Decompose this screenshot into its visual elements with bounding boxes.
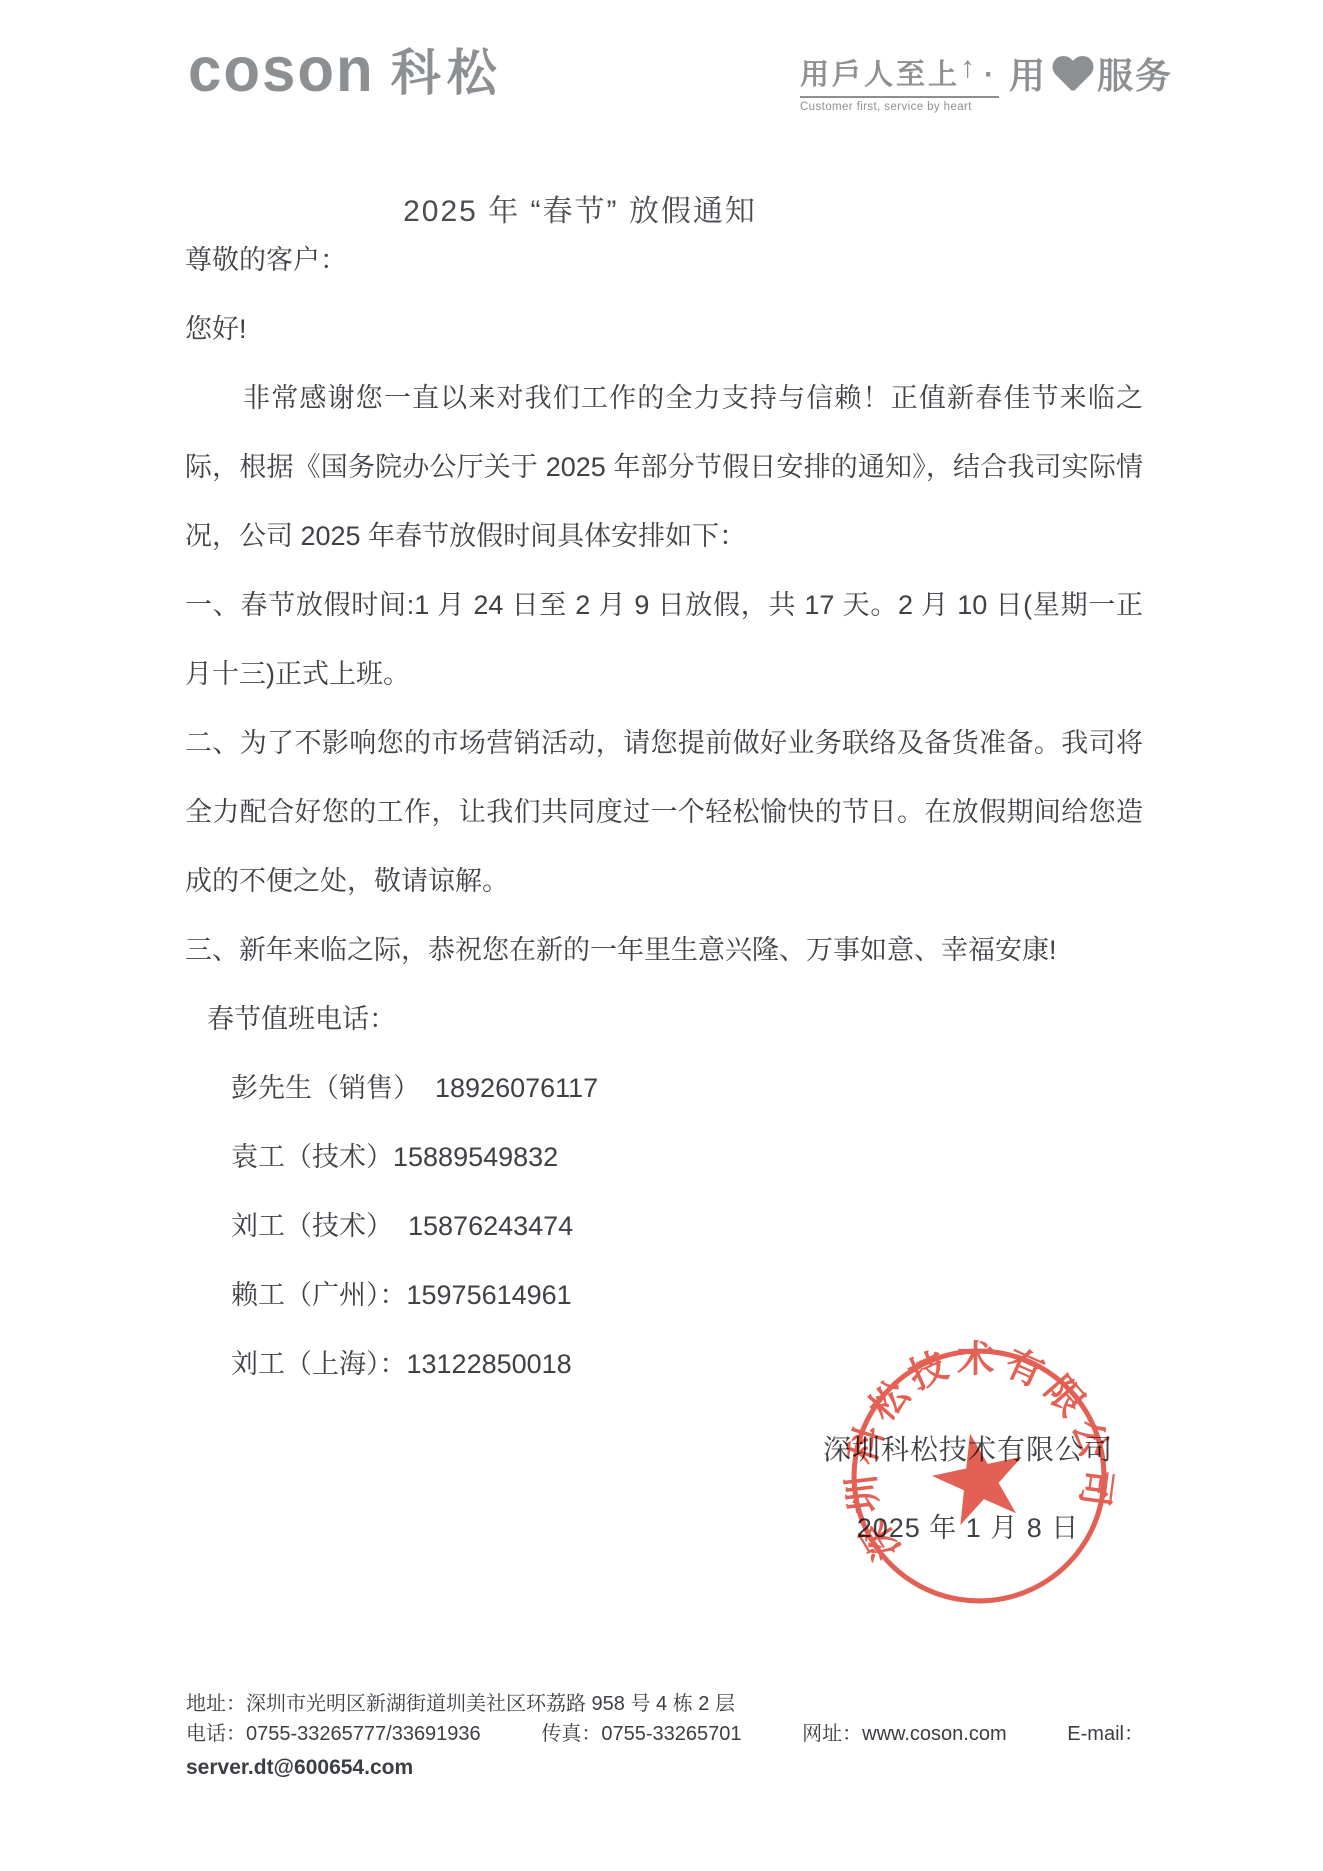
slogan-customer-first-text: 用戶人至上: [800, 59, 960, 91]
footer-email-label: E-mail：: [1067, 1720, 1144, 1748]
document-header: coson 科松 用戶人至上↑· Customer first, service…: [188, 40, 1173, 113]
footer-phone: 电话：0755-33265777/33691936: [186, 1720, 481, 1748]
duty-contact-list: 彭先生（销售） 18926076117 袁工（技术）15889549832 刘工…: [185, 1054, 1143, 1399]
slogan-heart-service: 用服务: [1009, 48, 1173, 99]
greeting: 您好!: [185, 295, 1143, 364]
contact-liu-shanghai: 刘工（上海）：13122850018: [231, 1330, 1143, 1399]
contact-lai-guangzhou: 赖工（广州）：15975614961: [231, 1261, 1143, 1330]
signature-date: 2025 年 1 月 8 日: [778, 1506, 1158, 1545]
paragraph-item-3: 三、新年来临之际，恭祝您在新的一年里生意兴隆、万事如意、幸福安康!: [185, 916, 1143, 985]
paragraph-intro: 非常感谢您一直以来对我们工作的全力支持与信赖！正值新春佳节来临之际，根据《国务院…: [185, 364, 1143, 571]
signature-company: 深圳科松技术有限公司: [778, 1428, 1158, 1468]
slogan-left-block: 用戶人至上↑· Customer first, service by heart: [800, 46, 999, 113]
document-footer: 地址：深圳市光明区新湖街道圳美社区环荔路 958 号 4 栋 2 层 电话：07…: [186, 1690, 1144, 1782]
footer-website: 网址：www.coson.com: [802, 1720, 1007, 1748]
heart-icon: [1051, 55, 1093, 93]
paragraph-item-2: 二、为了不影响您的市场营销活动，请您提前做好业务联络及备货准备。我司将全力配合好…: [185, 709, 1143, 916]
contact-liu-tech: 刘工（技术） 15876243474: [231, 1192, 1143, 1261]
contact-yuan: 袁工（技术）15889549832: [231, 1123, 1143, 1192]
slogan-english-tagline: Customer first, service by heart: [800, 101, 999, 113]
salutation: 尊敬的客户：: [185, 226, 1143, 295]
paragraph-item-1: 一、春节放假时间:1 月 24 日至 2 月 9 日放假，共 17 天。2 月 …: [185, 571, 1143, 709]
footer-fax: 传真：0755-33265701: [541, 1720, 741, 1748]
notice-body: 尊敬的客户： 您好! 非常感谢您一直以来对我们工作的全力支持与信赖！正值新春佳节…: [185, 226, 1143, 1399]
middle-dot: ·: [984, 58, 997, 91]
contact-peng: 彭先生（销售） 18926076117: [231, 1054, 1143, 1123]
footer-address: 地址：深圳市光明区新湖街道圳美社区环荔路 958 号 4 栋 2 层: [186, 1690, 1144, 1718]
coson-logo: coson 科松: [188, 40, 503, 100]
slogan-chinese: 用戶人至上↑·: [800, 46, 999, 98]
page-title: 2025 年 “春节” 放假通知: [0, 186, 1160, 230]
duty-phone-heading: 春节值班电话：: [185, 985, 1143, 1054]
footer-email-address: server.dt@600654.com: [186, 1754, 1144, 1782]
up-arrow-icon: ↑: [960, 51, 978, 84]
signature-block: 深圳科松技术有限公司 2025 年 1 月 8 日: [778, 1428, 1158, 1545]
coson-logo-chinese: 科松: [391, 48, 503, 98]
holiday-notice-document: coson 科松 用戶人至上↑· Customer first, service…: [0, 0, 1323, 1871]
footer-contact-line: 电话：0755-33265777/33691936 传真：0755-332657…: [186, 1720, 1144, 1748]
slogan-use-text: 用: [1009, 48, 1047, 99]
slogan-logo: 用戶人至上↑· Customer first, service by heart…: [800, 46, 1173, 113]
coson-logo-wordmark: coson: [188, 39, 375, 102]
slogan-service-text: 服务: [1097, 48, 1173, 99]
